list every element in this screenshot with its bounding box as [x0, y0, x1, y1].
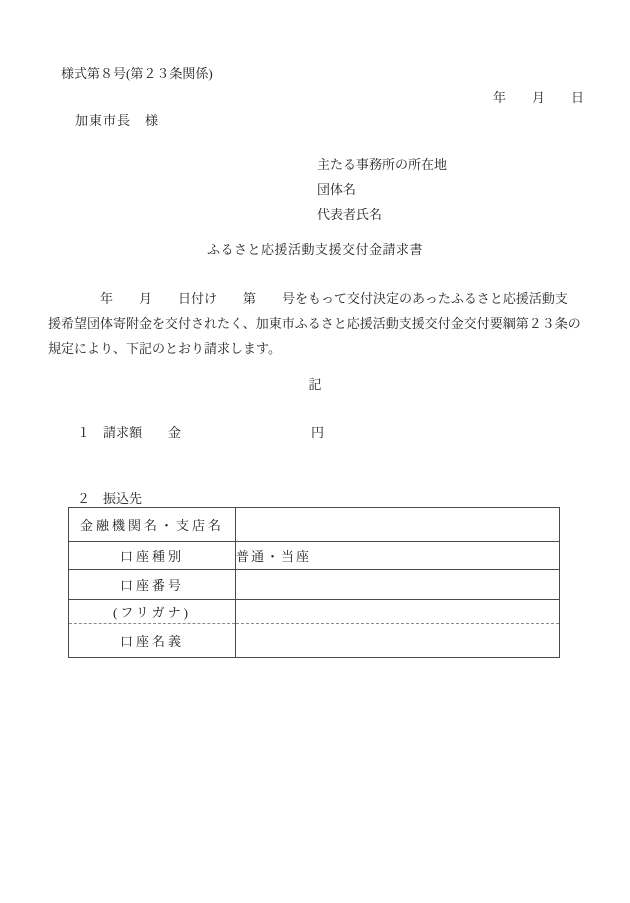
transfer-heading: ２ 振込先: [77, 488, 142, 507]
sender-org-name-label: 団体名: [317, 177, 447, 202]
table-row: 口座番号: [69, 570, 560, 600]
row-label-account-type: 口座種別: [69, 542, 236, 570]
sender-representative-label: 代表者氏名: [317, 202, 447, 227]
row-label-account-number: 口座番号: [69, 570, 236, 600]
form-number: 様式第８号(第２３条関係): [61, 63, 213, 82]
sender-block: 主たる事務所の所在地 団体名 代表者氏名: [317, 152, 447, 227]
sender-address-label: 主たる事務所の所在地: [317, 152, 447, 177]
document-title: ふるさと応援活動支援交付金請求書: [0, 239, 630, 258]
table-row: 口座種別 普通・当座: [69, 542, 560, 570]
table-row: 口座名義: [69, 624, 560, 658]
row-value-bank-branch: [236, 508, 560, 542]
row-label-bank-branch: 金融機関名・支店名: [69, 508, 236, 542]
claim-amount-line: １ 請求額 金 円: [77, 422, 324, 441]
row-value-account-type: 普通・当座: [236, 542, 560, 570]
body-line: 援希望団体寄附金を交付されたく、加東市ふるさと応援活動支援交付金交付要綱第２３条…: [48, 311, 585, 336]
addressee: 加東市長 様: [75, 110, 159, 129]
row-label-account-holder: 口座名義: [69, 624, 236, 658]
body-paragraph: 年 月 日付け 第 号をもって交付決定のあったふるさと応援活動支 援希望団体寄附…: [48, 286, 585, 361]
row-value-account-holder: [236, 624, 560, 658]
document-page: 様式第８号(第２３条関係) 年 月 日 加東市長 様 主たる事務所の所在地 団体…: [0, 0, 630, 903]
table-row: 金融機関名・支店名: [69, 508, 560, 542]
body-line: 年 月 日付け 第 号をもって交付決定のあったふるさと応援活動支: [48, 286, 585, 311]
row-value-account-number: [236, 570, 560, 600]
date-line: 年 月 日: [493, 87, 584, 106]
body-line: 規定により、下記のとおり請求します。: [48, 336, 585, 361]
row-label-furigana: (フリガナ): [69, 600, 236, 624]
transfer-table: 金融機関名・支店名 口座種別 普通・当座 口座番号 (フリガナ) 口座名義: [68, 507, 560, 658]
row-value-furigana: [236, 600, 560, 624]
table-row: (フリガナ): [69, 600, 560, 624]
ki-marker: 記: [0, 374, 630, 393]
